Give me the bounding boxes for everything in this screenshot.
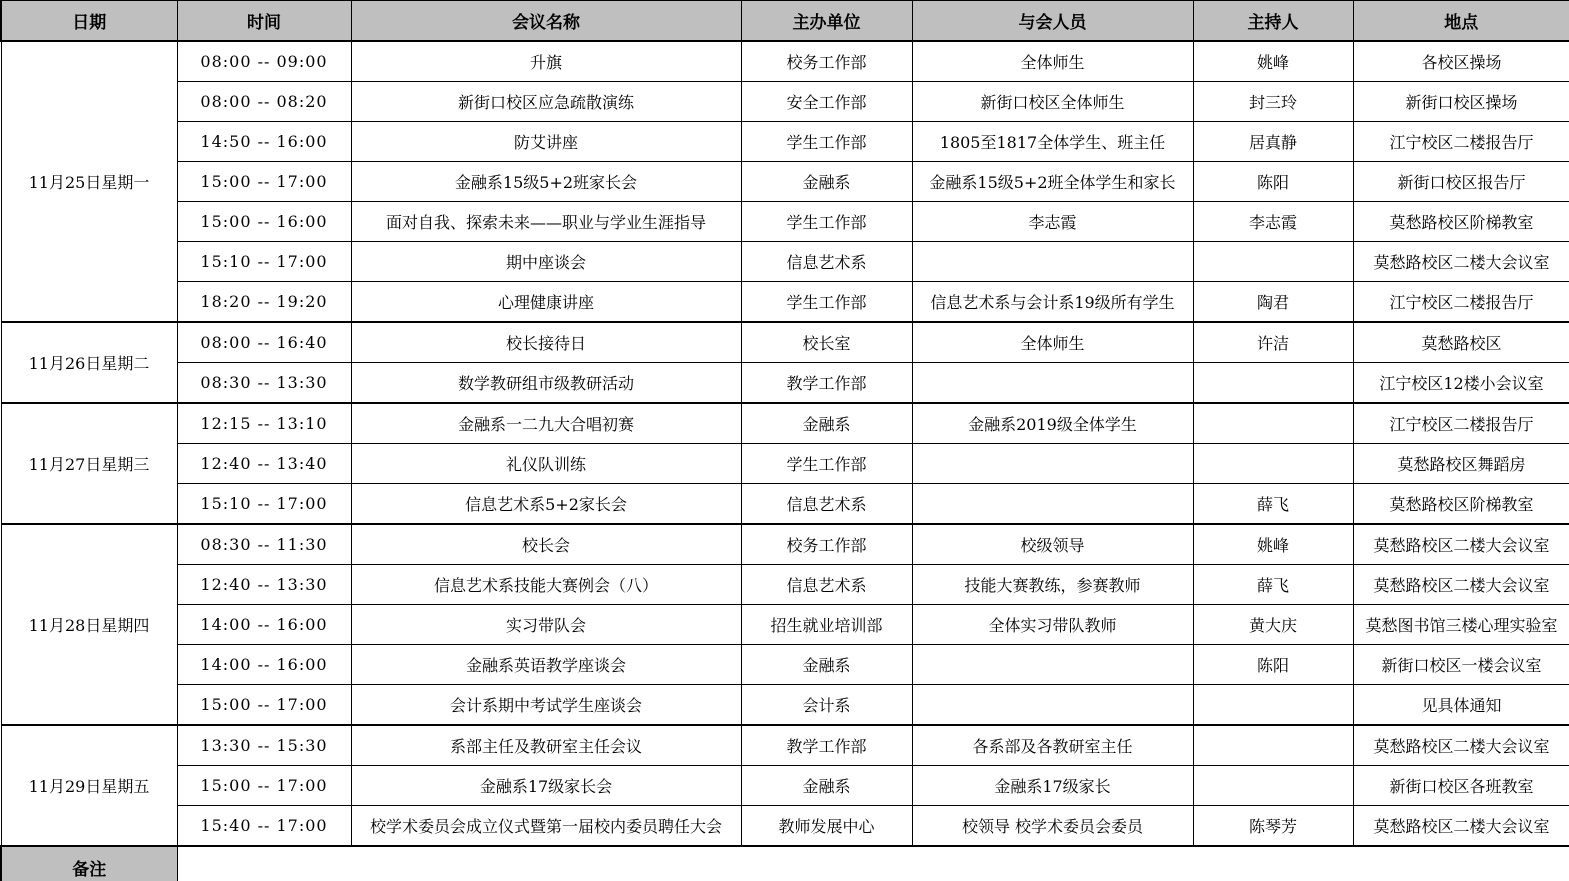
- organizer-cell: 校务工作部: [741, 524, 912, 565]
- location-cell: 莫愁路校区二楼大会议室: [1353, 524, 1569, 565]
- name-cell: 礼仪队训练: [351, 444, 741, 484]
- participants-cell: 新街口校区全体师生: [912, 82, 1193, 122]
- date-cell: 11月26日星期二: [1, 322, 177, 403]
- date-cell: 11月25日星期一: [1, 41, 177, 322]
- schedule-row: 15:40 -- 17:00校学术委员会成立仪式暨第一届校内委员聘任大会教师发展…: [1, 806, 1569, 847]
- host-cell: [1193, 363, 1353, 404]
- organizer-cell: 教学工作部: [741, 363, 912, 404]
- host-cell: [1193, 766, 1353, 806]
- time-cell: 13:30 -- 15:30: [177, 725, 351, 766]
- schedule-row: 15:00 -- 17:00金融系15级5+2班家长会金融系金融系15级5+2班…: [1, 162, 1569, 202]
- host-cell: 姚峰: [1193, 524, 1353, 565]
- name-cell: 校长会: [351, 524, 741, 565]
- schedule-row: 12:40 -- 13:30信息艺术系技能大赛例会（八）信息艺术系技能大赛教练，…: [1, 565, 1569, 605]
- location-cell: 新街口校区各班教室: [1353, 766, 1569, 806]
- organizer-cell: 信息艺术系: [741, 242, 912, 282]
- col-header-time: 时间: [177, 1, 351, 42]
- location-cell: 江宁校区二楼报告厅: [1353, 122, 1569, 162]
- date-cell: 11月29日星期五: [1, 725, 177, 846]
- location-cell: 莫愁路校区阶梯教室: [1353, 484, 1569, 525]
- participants-cell: 金融系2019级全体学生: [912, 403, 1193, 444]
- schedule-row: 15:10 -- 17:00期中座谈会信息艺术系莫愁路校区二楼大会议室: [1, 242, 1569, 282]
- schedule-row: 14:50 -- 16:00防艾讲座学生工作部1805至1817全体学生、班主任…: [1, 122, 1569, 162]
- participants-cell: 技能大赛教练，参赛教师: [912, 565, 1193, 605]
- schedule-page: 日期 时间 会议名称 主办单位 与会人员 主持人 地点 11月25日星期一08:…: [0, 0, 1569, 881]
- host-cell: [1193, 444, 1353, 484]
- schedule-row: 15:10 -- 17:00信息艺术系5+2家长会信息艺术系薛飞莫愁路校区阶梯教…: [1, 484, 1569, 525]
- col-header-location: 地点: [1353, 1, 1569, 42]
- col-header-participants: 与会人员: [912, 1, 1193, 42]
- organizer-cell: 学生工作部: [741, 444, 912, 484]
- schedule-row: 08:00 -- 08:20新街口校区应急疏散演练安全工作部新街口校区全体师生封…: [1, 82, 1569, 122]
- location-cell: 莫愁路校区阶梯教室: [1353, 202, 1569, 242]
- organizer-cell: 信息艺术系: [741, 484, 912, 525]
- name-cell: 信息艺术系技能大赛例会（八）: [351, 565, 741, 605]
- location-cell: 莫愁路校区二楼大会议室: [1353, 806, 1569, 847]
- schedule-row: 11月25日星期一08:00 -- 09:00升旗校务工作部全体师生姚峰各校区操…: [1, 41, 1569, 82]
- host-cell: 陈琴芳: [1193, 806, 1353, 847]
- time-cell: 12:40 -- 13:30: [177, 565, 351, 605]
- host-cell: 陈阳: [1193, 162, 1353, 202]
- time-cell: 15:10 -- 17:00: [177, 242, 351, 282]
- participants-cell: 金融系15级5+2班全体学生和家长: [912, 162, 1193, 202]
- col-header-meeting-name: 会议名称: [351, 1, 741, 42]
- location-cell: 江宁校区二楼报告厅: [1353, 403, 1569, 444]
- name-cell: 金融系一二九大合唱初赛: [351, 403, 741, 444]
- participants-cell: [912, 444, 1193, 484]
- organizer-cell: 信息艺术系: [741, 565, 912, 605]
- col-header-organizer: 主办单位: [741, 1, 912, 42]
- date-cell: 11月27日星期三: [1, 403, 177, 524]
- note-row: 备注: [1, 846, 1569, 881]
- participants-cell: [912, 484, 1193, 525]
- location-cell: 新街口校区一楼会议室: [1353, 645, 1569, 685]
- name-cell: 数学教研组市级教研活动: [351, 363, 741, 404]
- name-cell: 金融系17级家长会: [351, 766, 741, 806]
- time-cell: 15:00 -- 17:00: [177, 685, 351, 726]
- schedule-row: 08:30 -- 13:30数学教研组市级教研活动教学工作部江宁校区12楼小会议…: [1, 363, 1569, 404]
- location-cell: 莫愁图书馆三楼心理实验室: [1353, 605, 1569, 645]
- organizer-cell: 会计系: [741, 685, 912, 726]
- date-cell: 11月28日星期四: [1, 524, 177, 725]
- host-cell: [1193, 685, 1353, 726]
- time-cell: 08:00 -- 16:40: [177, 322, 351, 363]
- note-content-cell: [177, 846, 1569, 881]
- name-cell: 信息艺术系5+2家长会: [351, 484, 741, 525]
- name-cell: 金融系15级5+2班家长会: [351, 162, 741, 202]
- organizer-cell: 教学工作部: [741, 725, 912, 766]
- participants-cell: [912, 242, 1193, 282]
- host-cell: [1193, 725, 1353, 766]
- location-cell: 莫愁路校区二楼大会议室: [1353, 565, 1569, 605]
- participants-cell: [912, 645, 1193, 685]
- location-cell: 莫愁路校区二楼大会议室: [1353, 725, 1569, 766]
- host-cell: 陶君: [1193, 282, 1353, 323]
- host-cell: 黄大庆: [1193, 605, 1353, 645]
- organizer-cell: 金融系: [741, 162, 912, 202]
- location-cell: 江宁校区二楼报告厅: [1353, 282, 1569, 323]
- schedule-row: 11月28日星期四08:30 -- 11:30校长会校务工作部校级领导姚峰莫愁路…: [1, 524, 1569, 565]
- name-cell: 升旗: [351, 41, 741, 82]
- host-cell: 居真静: [1193, 122, 1353, 162]
- organizer-cell: 招生就业培训部: [741, 605, 912, 645]
- participants-cell: 校领导 校学术委员会委员: [912, 806, 1193, 847]
- participants-cell: 全体实习带队教师: [912, 605, 1193, 645]
- schedule-row: 15:00 -- 17:00金融系17级家长会金融系金融系17级家长新街口校区各…: [1, 766, 1569, 806]
- organizer-cell: 金融系: [741, 645, 912, 685]
- name-cell: 新街口校区应急疏散演练: [351, 82, 741, 122]
- note-label-cell: 备注: [1, 846, 177, 881]
- time-cell: 15:00 -- 17:00: [177, 766, 351, 806]
- participants-cell: 全体师生: [912, 322, 1193, 363]
- schedule-row: 12:40 -- 13:40礼仪队训练学生工作部莫愁路校区舞蹈房: [1, 444, 1569, 484]
- name-cell: 期中座谈会: [351, 242, 741, 282]
- location-cell: 莫愁路校区舞蹈房: [1353, 444, 1569, 484]
- schedule-row: 15:00 -- 17:00会计系期中考试学生座谈会会计系见具体通知: [1, 685, 1569, 726]
- time-cell: 15:00 -- 17:00: [177, 162, 351, 202]
- time-cell: 14:00 -- 16:00: [177, 645, 351, 685]
- participants-cell: [912, 363, 1193, 404]
- organizer-cell: 校务工作部: [741, 41, 912, 82]
- location-cell: 各校区操场: [1353, 41, 1569, 82]
- name-cell: 会计系期中考试学生座谈会: [351, 685, 741, 726]
- organizer-cell: 金融系: [741, 766, 912, 806]
- schedule-row: 14:00 -- 16:00实习带队会招生就业培训部全体实习带队教师黄大庆莫愁图…: [1, 605, 1569, 645]
- organizer-cell: 学生工作部: [741, 122, 912, 162]
- time-cell: 14:50 -- 16:00: [177, 122, 351, 162]
- host-cell: [1193, 242, 1353, 282]
- organizer-cell: 校长室: [741, 322, 912, 363]
- time-cell: 08:00 -- 09:00: [177, 41, 351, 82]
- organizer-cell: 学生工作部: [741, 202, 912, 242]
- host-cell: 薛飞: [1193, 565, 1353, 605]
- meeting-schedule-table: 日期 时间 会议名称 主办单位 与会人员 主持人 地点 11月25日星期一08:…: [0, 0, 1569, 881]
- location-cell: 见具体通知: [1353, 685, 1569, 726]
- host-cell: 封三玲: [1193, 82, 1353, 122]
- location-cell: 新街口校区操场: [1353, 82, 1569, 122]
- host-cell: [1193, 403, 1353, 444]
- time-cell: 08:00 -- 08:20: [177, 82, 351, 122]
- time-cell: 14:00 -- 16:00: [177, 605, 351, 645]
- schedule-row: 11月26日星期二08:00 -- 16:40校长接待日校长室全体师生许洁莫愁路…: [1, 322, 1569, 363]
- organizer-cell: 学生工作部: [741, 282, 912, 323]
- time-cell: 12:15 -- 13:10: [177, 403, 351, 444]
- participants-cell: 金融系17级家长: [912, 766, 1193, 806]
- host-cell: 陈阳: [1193, 645, 1353, 685]
- participants-cell: 全体师生: [912, 41, 1193, 82]
- organizer-cell: 金融系: [741, 403, 912, 444]
- participants-cell: 各系部及各教研室主任: [912, 725, 1193, 766]
- name-cell: 面对自我、探索未来——职业与学业生涯指导: [351, 202, 741, 242]
- organizer-cell: 教师发展中心: [741, 806, 912, 847]
- schedule-row: 15:00 -- 16:00面对自我、探索未来——职业与学业生涯指导学生工作部李…: [1, 202, 1569, 242]
- time-cell: 15:10 -- 17:00: [177, 484, 351, 525]
- name-cell: 校学术委员会成立仪式暨第一届校内委员聘任大会: [351, 806, 741, 847]
- participants-cell: [912, 685, 1193, 726]
- schedule-row: 11月29日星期五13:30 -- 15:30系部主任及教研室主任会议教学工作部…: [1, 725, 1569, 766]
- organizer-cell: 安全工作部: [741, 82, 912, 122]
- schedule-row: 18:20 -- 19:20心理健康讲座学生工作部信息艺术系与会计系19级所有学…: [1, 282, 1569, 323]
- time-cell: 08:30 -- 13:30: [177, 363, 351, 404]
- time-cell: 08:30 -- 11:30: [177, 524, 351, 565]
- location-cell: 莫愁路校区二楼大会议室: [1353, 242, 1569, 282]
- name-cell: 金融系英语教学座谈会: [351, 645, 741, 685]
- name-cell: 校长接待日: [351, 322, 741, 363]
- participants-cell: 校级领导: [912, 524, 1193, 565]
- host-cell: 薛飞: [1193, 484, 1353, 525]
- col-header-date: 日期: [1, 1, 177, 42]
- time-cell: 15:40 -- 17:00: [177, 806, 351, 847]
- location-cell: 新街口校区报告厅: [1353, 162, 1569, 202]
- location-cell: 江宁校区12楼小会议室: [1353, 363, 1569, 404]
- host-cell: 许洁: [1193, 322, 1353, 363]
- time-cell: 15:00 -- 16:00: [177, 202, 351, 242]
- host-cell: 姚峰: [1193, 41, 1353, 82]
- header-row: 日期 时间 会议名称 主办单位 与会人员 主持人 地点: [1, 1, 1569, 42]
- participants-cell: 1805至1817全体学生、班主任: [912, 122, 1193, 162]
- name-cell: 防艾讲座: [351, 122, 741, 162]
- name-cell: 心理健康讲座: [351, 282, 741, 323]
- participants-cell: 李志霞: [912, 202, 1193, 242]
- participants-cell: 信息艺术系与会计系19级所有学生: [912, 282, 1193, 323]
- schedule-row: 11月27日星期三12:15 -- 13:10金融系一二九大合唱初赛金融系金融系…: [1, 403, 1569, 444]
- host-cell: 李志霞: [1193, 202, 1353, 242]
- location-cell: 莫愁路校区: [1353, 322, 1569, 363]
- name-cell: 系部主任及教研室主任会议: [351, 725, 741, 766]
- schedule-row: 14:00 -- 16:00金融系英语教学座谈会金融系陈阳新街口校区一楼会议室: [1, 645, 1569, 685]
- col-header-host: 主持人: [1193, 1, 1353, 42]
- time-cell: 12:40 -- 13:40: [177, 444, 351, 484]
- name-cell: 实习带队会: [351, 605, 741, 645]
- time-cell: 18:20 -- 19:20: [177, 282, 351, 323]
